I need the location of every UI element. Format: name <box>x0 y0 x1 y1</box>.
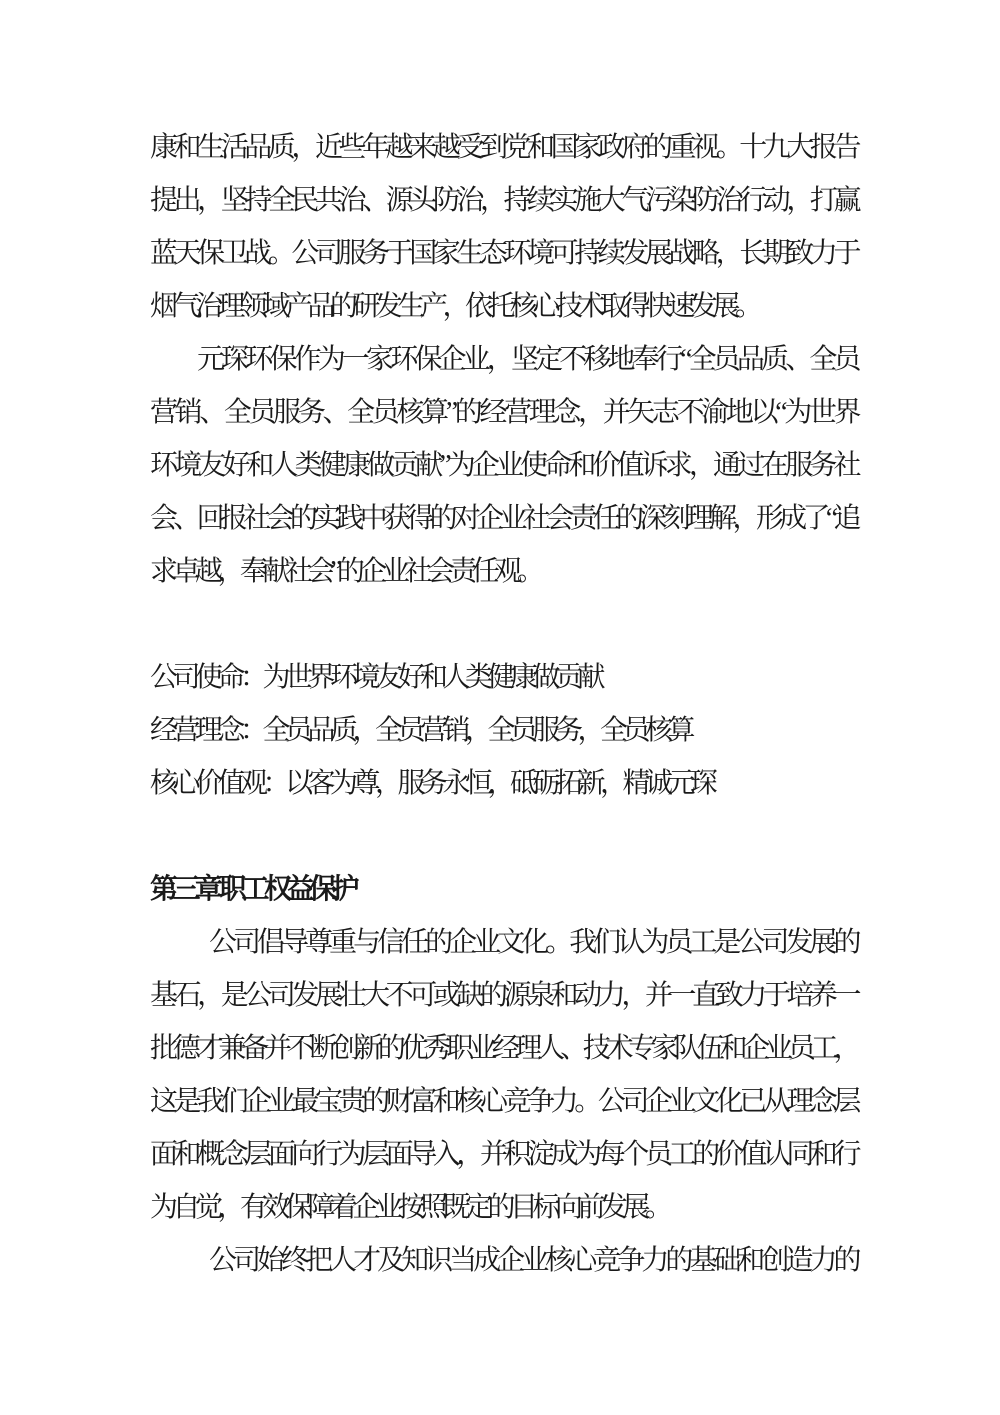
paragraph-line: 批德才兼备并不断创新的优秀职业经理人、技术专家队伍和企业员工， <box>150 1022 856 1075</box>
paragraph-line: 元琛环保作为一家环保企业，坚定不移地奉行“全员品质、全员 <box>150 333 856 386</box>
paragraph-line: 提出，坚持全民共治、源头防治，持续实施大气污染防治行动，打赢 <box>150 174 856 227</box>
paragraph-line: 环境友好和人类健康做贡献”为企业使命和价值诉求，通过在服务社 <box>150 439 856 492</box>
paragraph-line: 烟气治理领域产品的研发生产，依托核心技术取得快速发展。 <box>150 280 856 333</box>
blank-line <box>150 598 856 651</box>
chapter-heading: 第三章 职工权益保护 <box>150 863 856 916</box>
business-philosophy-line: 经营理念：全员品质，全员营销，全员服务，全员核算 <box>150 704 856 757</box>
paragraph-line: 面和概念层面向行为层面导入，并积淀成为每个员工的价值认同和行 <box>150 1128 856 1181</box>
blank-line <box>150 810 856 863</box>
paragraph-line: 求卓越，奉献社会”的企业社会责任观。 <box>150 545 856 598</box>
paragraph-line: 蓝天保卫战。公司服务于国家生态环境可持续发展战略，长期致力于 <box>150 227 856 280</box>
document-page: 康和生活品质，近些年越来越受到党和国家政府的重视。十九大报告 提出，坚持全民共治… <box>0 0 1000 1415</box>
paragraph-line: 康和生活品质，近些年越来越受到党和国家政府的重视。十九大报告 <box>150 121 856 174</box>
paragraph-line: 这是我们企业最宝贵的财富和核心竞争力。公司企业文化已从理念层 <box>150 1075 856 1128</box>
mission-statement-line: 公司使命：为世界环境友好和人类健康做贡献 <box>150 651 856 704</box>
core-values-line: 核心价值观：以客为尊，服务永恒，砥砺拓新，精诚元琛 <box>150 757 856 810</box>
page-content: 康和生活品质，近些年越来越受到党和国家政府的重视。十九大报告 提出，坚持全民共治… <box>150 121 856 1287</box>
paragraph-line: 营销、全员服务、全员核算”的经营理念，并矢志不渝地以“为世界 <box>150 386 856 439</box>
paragraph-line: 公司始终把人才及知识当成企业核心竞争力的基础和创造力的 <box>150 1234 856 1287</box>
paragraph-line: 公司倡导尊重与信任的企业文化。我们认为员工是公司发展的 <box>150 916 856 969</box>
paragraph-line: 为自觉，有效保障着企业按照既定的目标向前发展。 <box>150 1181 856 1234</box>
paragraph-line: 会、回报社会的实践中获得的对企业社会责任的深刻理解，形成了“追 <box>150 492 856 545</box>
paragraph-line: 基石，是公司发展壮大不可或缺的源泉和动力，并一直致力于培养一 <box>150 969 856 1022</box>
